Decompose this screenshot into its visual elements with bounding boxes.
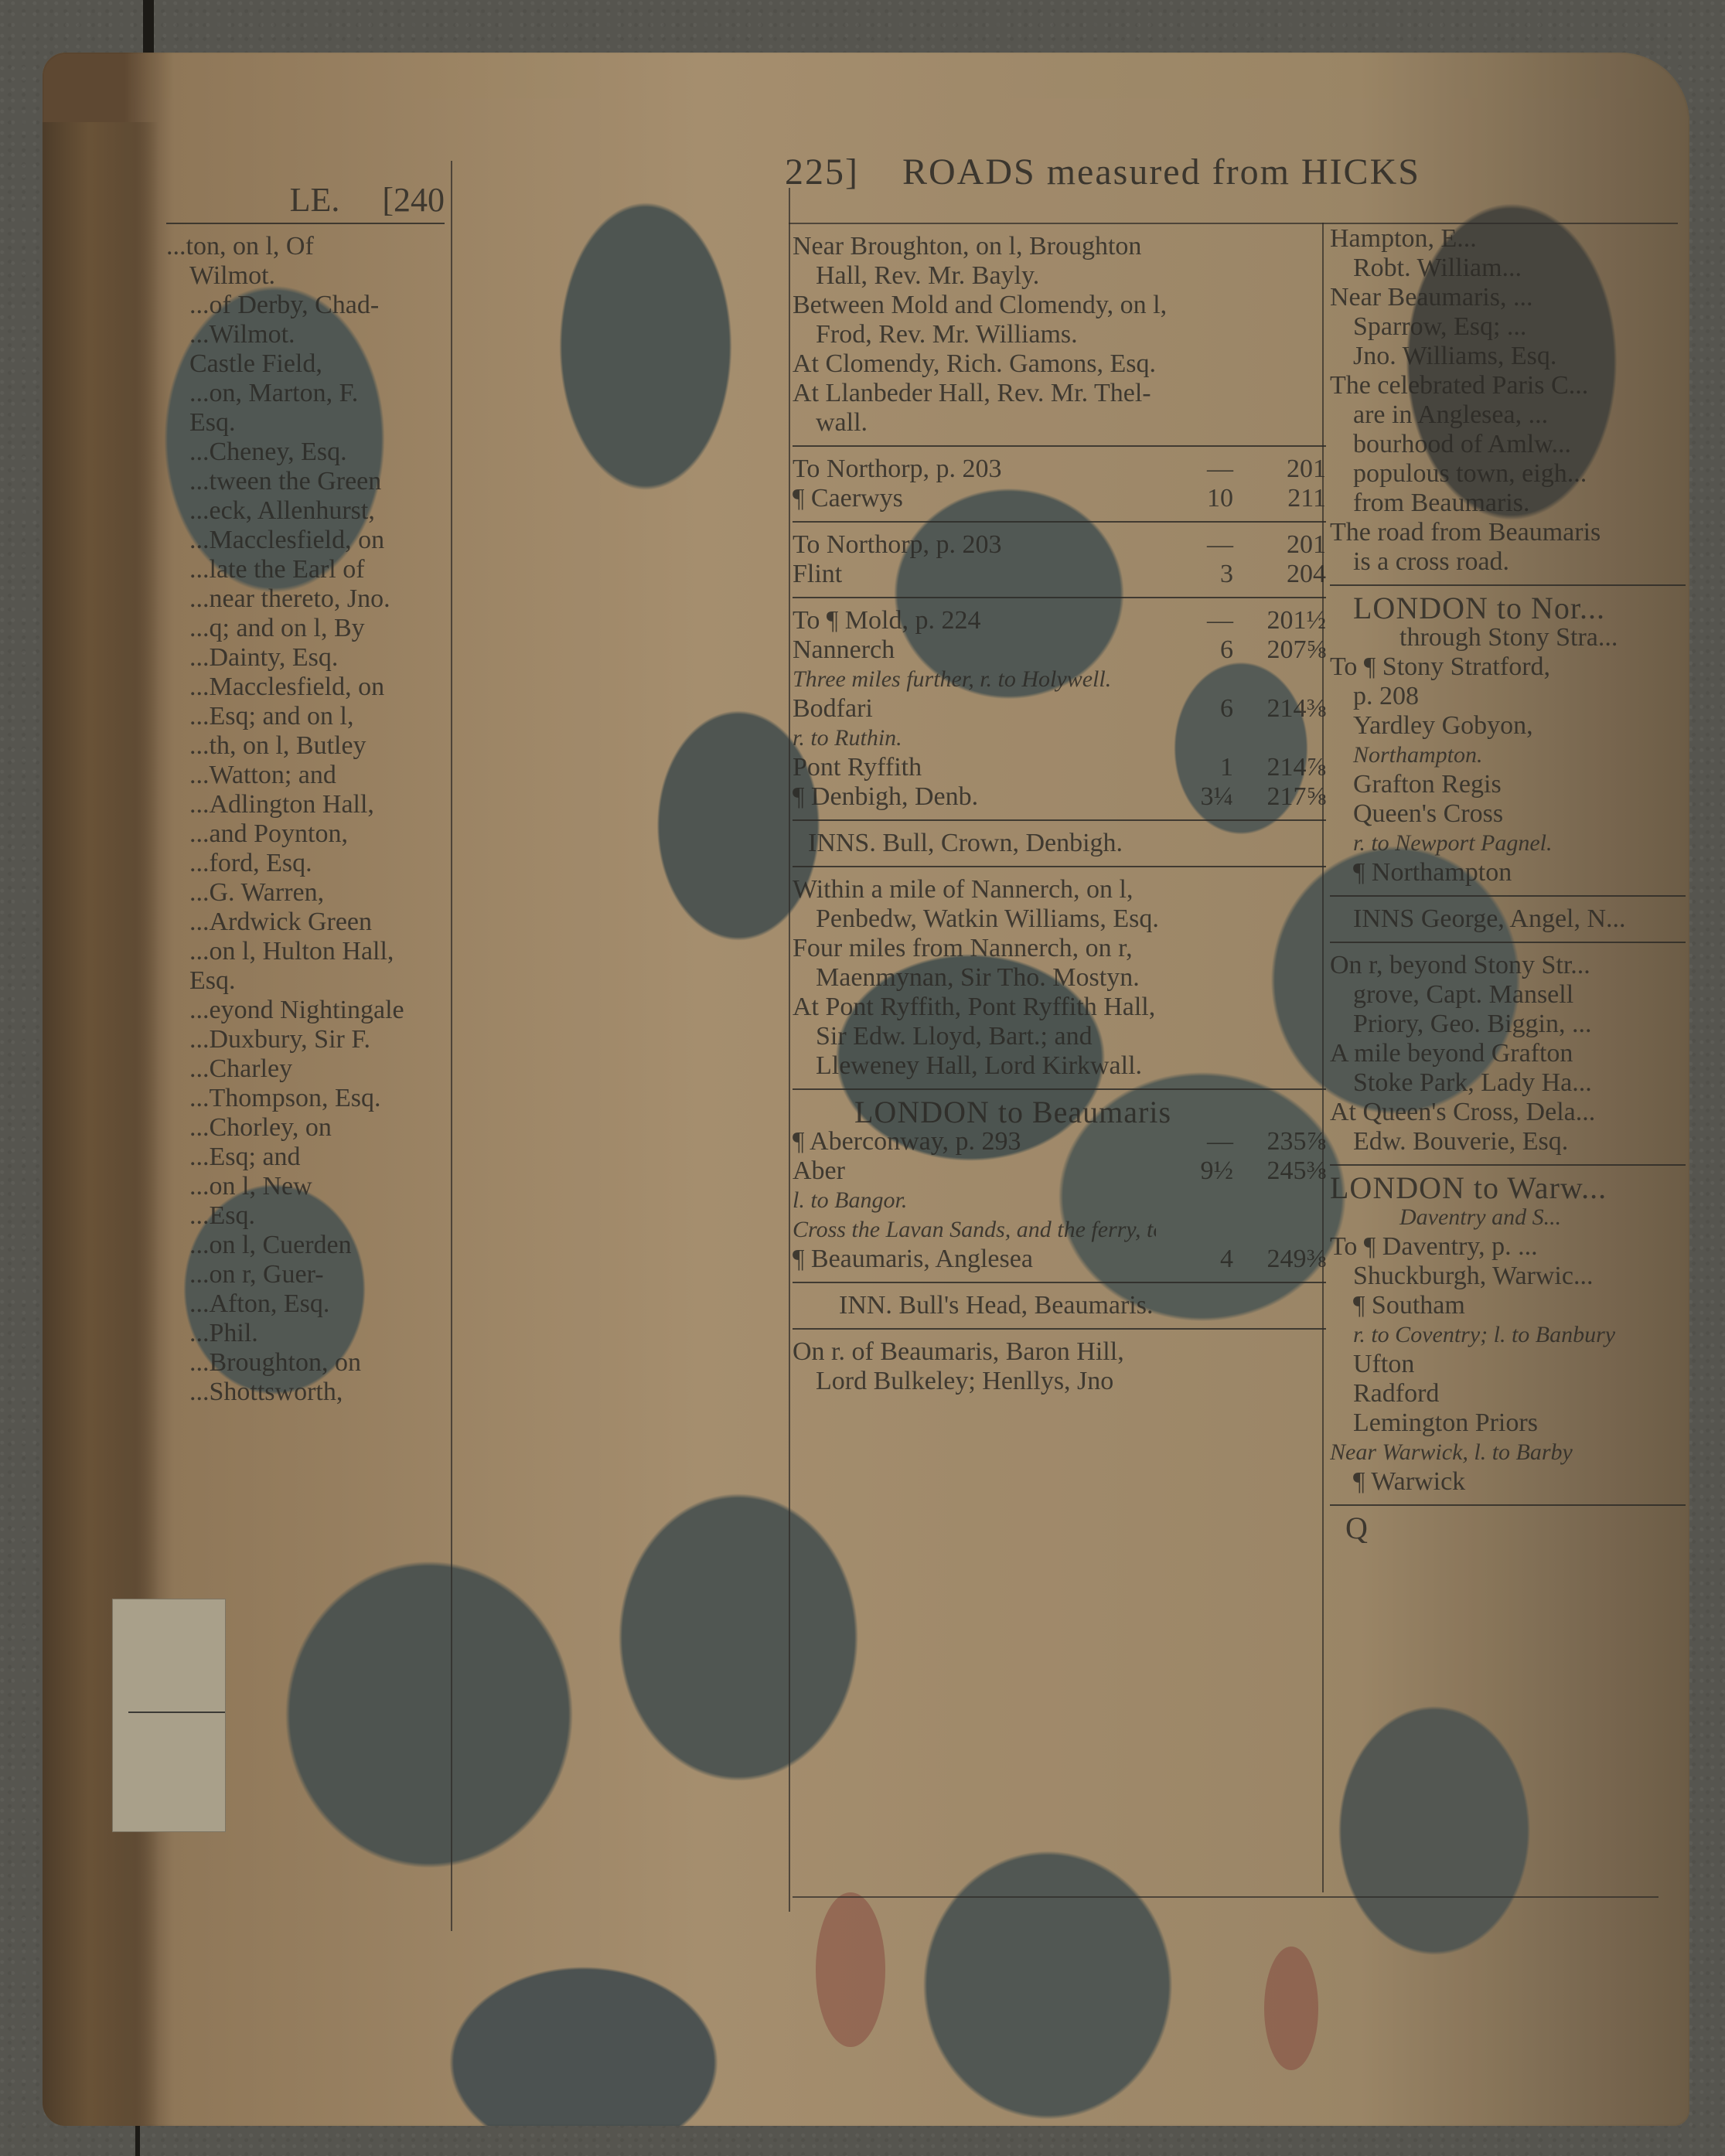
text-line: ¶ Warwick — [1330, 1467, 1686, 1497]
rule — [1330, 895, 1686, 897]
text-line: ¶ Southam — [1330, 1291, 1686, 1320]
route-heading-northampton: LONDON to Nor... — [1330, 594, 1686, 623]
text-line: ...Esq; and on l, — [166, 702, 445, 731]
text-line: ...and Poynton, — [166, 819, 445, 849]
text-line: Maenmynan, Sir Tho. Mostyn. — [793, 963, 1326, 993]
text-line: To ¶ Daventry, p. ... — [1330, 1232, 1686, 1262]
text-line: ...Broughton, on — [166, 1348, 445, 1378]
text-line: To ¶ Stony Stratford, — [1330, 652, 1686, 682]
notes-bottom: On r. of Beaumaris, Baron Hill,Lord Bulk… — [793, 1337, 1326, 1396]
cell-place: Pont Ryffith — [793, 753, 1156, 782]
cell-miles: 10 — [1156, 484, 1233, 513]
text-line: Stoke Park, Lady Ha... — [1330, 1068, 1686, 1098]
text-line: ...Macclesfield, on — [166, 526, 445, 555]
text-line: ...Watton; and — [166, 761, 445, 790]
text-line: Sir Edw. Lloyd, Bart.; and — [793, 1022, 1326, 1051]
text-line: Castle Field, — [166, 349, 445, 379]
table-row: Cross the Lavan Sands, and the ferry, to — [793, 1215, 1326, 1245]
text-line: Lord Bulkeley; Henllys, Jno — [793, 1367, 1326, 1396]
table-row: Flint3204 — [793, 560, 1326, 589]
text-line: ...Phil. — [166, 1319, 445, 1348]
cell-place: To Northorp, p. 203 — [793, 455, 1156, 484]
text-line: On r. of Beaumaris, Baron Hill, — [793, 1337, 1326, 1367]
text-line: ...Wilmot. — [166, 320, 445, 349]
text-line: ...on, Marton, F. — [166, 379, 445, 408]
text-line: are in Anglesea, ... — [1330, 400, 1686, 430]
text-line: Penbedw, Watkin Williams, Esq. — [793, 904, 1326, 934]
route-table-2: To Northorp, p. 203—201Flint3204 — [793, 530, 1326, 589]
running-head-page: 225] — [785, 152, 859, 192]
text-line: At Queen's Cross, Dela... — [1330, 1098, 1686, 1127]
inns-northampton: INNS George, Angel, N... — [1330, 904, 1686, 934]
text-line: ...Macclesfield, on — [166, 673, 445, 702]
middle-left-rule — [789, 188, 790, 1912]
text-line: ...Thompson, Esq. — [166, 1084, 445, 1113]
red-stain — [1264, 1947, 1318, 2070]
text-line: ...on l, New — [166, 1172, 445, 1201]
cell-miles: 3 — [1156, 560, 1233, 589]
notes-middle: Within a mile of Nannerch, on l,Penbedw,… — [793, 875, 1326, 1081]
cell-place: Nannerch — [793, 635, 1156, 665]
table-row: Nannerch6207⅝ — [793, 635, 1326, 665]
rule — [793, 866, 1326, 867]
text-line: grove, Capt. Mansell — [1330, 980, 1686, 1010]
rule — [1330, 584, 1686, 586]
table-row: ¶ Beaumaris, Anglesea4249⅜ — [793, 1245, 1326, 1274]
inn-beaumaris: INN. Bull's Head, Beaumaris. — [793, 1291, 1326, 1320]
text-line: ...tween the Green — [166, 467, 445, 496]
cell-place: ¶ Caerwys — [793, 484, 1156, 513]
cell-place: ¶ Beaumaris, Anglesea — [793, 1245, 1156, 1274]
cell-total: 249⅜ — [1233, 1245, 1326, 1274]
label-divider — [128, 1712, 225, 1713]
text-line: At Pont Ryffith, Pont Ryffith Hall, — [793, 993, 1326, 1022]
table-row: Aber9½245⅜ — [793, 1156, 1326, 1186]
text-line: ...on l, Cuerden — [166, 1231, 445, 1260]
text-line: Grafton Regis — [1330, 770, 1686, 799]
cell-miles: — — [1156, 606, 1233, 635]
text-line: At Llanbeder Hall, Rev. Mr. Thel- — [793, 379, 1326, 408]
table-row: ¶ Denbigh, Denb.3¼217⅝ — [793, 782, 1326, 812]
cell-miles: 4 — [1156, 1245, 1233, 1274]
text-line: At Clomendy, Rich. Gamons, Esq. — [793, 349, 1326, 379]
text-line: Hampton, E... — [1330, 224, 1686, 254]
rule — [793, 597, 1326, 598]
text-line: Within a mile of Nannerch, on l, — [793, 875, 1326, 904]
text-line: ...Shottsworth, — [166, 1378, 445, 1407]
route-heading-warwick: LONDON to Warw... — [1330, 1173, 1686, 1203]
left-page-number: [240 — [382, 186, 445, 219]
rule — [793, 1328, 1326, 1330]
text-line: The celebrated Paris C... — [1330, 371, 1686, 400]
route-subheading-northampton: through Stony Stra... — [1330, 623, 1686, 652]
text-line: Edw. Bouverie, Esq. — [1330, 1127, 1686, 1156]
route-table-3: To ¶ Mold, p. 224—201½Nannerch6207⅝Three… — [793, 606, 1326, 812]
left-lines: ...ton, on l, OfWilmot....of Derby, Chad… — [166, 232, 445, 1407]
text-line: ...ton, on l, Of — [166, 232, 445, 261]
right-text-column: Hampton, E...Robt. William...Near Beauma… — [1330, 224, 1686, 1543]
text-line: ...late the Earl of — [166, 555, 445, 584]
text-line: ...G. Warren, — [166, 878, 445, 908]
text-line: Queen's Cross — [1330, 799, 1686, 829]
text-line: A mile beyond Grafton — [1330, 1039, 1686, 1068]
running-head-title: ROADS measured from HICKS — [902, 152, 1420, 192]
left-text-column: LE. [240 ...ton, on l, OfWilmot....of De… — [166, 186, 445, 1407]
text-line: populous town, eigh... — [1330, 459, 1686, 489]
table-row: ¶ Aberconway, p. 293—235⅞ — [793, 1127, 1326, 1156]
table-row: Three miles further, r. to Holywell. — [793, 665, 1326, 694]
rule — [166, 223, 445, 224]
text-line: ...near thereto, Jno. — [166, 584, 445, 614]
route-table-1: To Northorp, p. 203—201¶ Caerwys10211 — [793, 455, 1326, 513]
text-line: r. to Newport Pagnel. — [1330, 829, 1686, 858]
text-line: ¶ Northampton — [1330, 858, 1686, 887]
text-line: Jno. Williams, Esq. — [1330, 342, 1686, 371]
text-line: Ufton — [1330, 1350, 1686, 1379]
table-row: r. to Ruthin. — [793, 724, 1326, 753]
text-line: Frod, Rev. Mr. Williams. — [793, 320, 1326, 349]
text-line: is a cross road. — [1330, 547, 1686, 577]
rule — [793, 819, 1326, 821]
text-line: ...Esq; and — [166, 1143, 445, 1172]
text-line: from Beaumaris. — [1330, 489, 1686, 518]
text-line: r. to Coventry; l. to Banbury — [1330, 1320, 1686, 1350]
text-line: The road from Beaumaris — [1330, 518, 1686, 547]
middle-text-column: Near Broughton, on l, BroughtonHall, Rev… — [793, 232, 1326, 1396]
table-row: ¶ Caerwys10211 — [793, 484, 1326, 513]
signature-mark: Q — [1330, 1514, 1686, 1543]
cell-miles: 6 — [1156, 635, 1233, 665]
cell-place: Bodfari — [793, 694, 1156, 724]
text-line: Near Warwick, l. to Barby — [1330, 1438, 1686, 1467]
text-line: Shuckburgh, Warwic... — [1330, 1262, 1686, 1291]
cell-miles: 3¼ — [1156, 782, 1233, 812]
cell-place: Flint — [793, 560, 1156, 589]
text-line: ...eck, Allenhurst, — [166, 496, 445, 526]
text-line: Sparrow, Esq; ... — [1330, 312, 1686, 342]
text-line: Near Beaumaris, ... — [1330, 283, 1686, 312]
table-row: To Northorp, p. 203—201 — [793, 455, 1326, 484]
rule — [1330, 1504, 1686, 1506]
text-line: Esq. — [166, 966, 445, 996]
cell-total: 201½ — [1233, 606, 1326, 635]
route-heading-beaumaris: LONDON to Beaumaris — [793, 1098, 1326, 1127]
text-line: Robt. William... — [1330, 254, 1686, 283]
cell-place: To ¶ Mold, p. 224 — [793, 606, 1156, 635]
table-row: To Northorp, p. 203—201 — [793, 530, 1326, 560]
notes-top: Near Broughton, on l, BroughtonHall, Rev… — [793, 232, 1326, 438]
text-line: Hall, Rev. Mr. Bayly. — [793, 261, 1326, 291]
cell-place: ¶ Aberconway, p. 293 — [793, 1127, 1156, 1156]
cell-total: 201 — [1233, 455, 1326, 484]
text-line: ...Adlington Hall, — [166, 790, 445, 819]
text-line: ...Cheney, Esq. — [166, 438, 445, 467]
text-line: ...eyond Nightingale — [166, 996, 445, 1025]
cell-total: 201 — [1233, 530, 1326, 560]
text-line: ...Charley — [166, 1054, 445, 1084]
text-line: ...on l, Hulton Hall, — [166, 937, 445, 966]
route-northampton: To ¶ Stony Stratford,p. 208Yardley Gobyo… — [1330, 652, 1686, 887]
cell-miles: 1 — [1156, 753, 1233, 782]
board-gap-top — [143, 0, 154, 58]
rule — [793, 1088, 1326, 1090]
cell-total: 211 — [1233, 484, 1326, 513]
left-header-fragment: LE. — [290, 186, 340, 219]
route-warwick: To ¶ Daventry, p. ...Shuckburgh, Warwic.… — [1330, 1232, 1686, 1497]
bottom-frame-rule — [793, 1896, 1659, 1898]
text-line: Lemington Priors — [1330, 1408, 1686, 1438]
text-line: wall. — [793, 408, 1326, 438]
cell-miles: — — [1156, 530, 1233, 560]
cell-miles: 9½ — [1156, 1156, 1233, 1186]
table-row: l. to Bangor. — [793, 1186, 1326, 1215]
cell-total: 214⅞ — [1233, 753, 1326, 782]
table-row: Bodfari6214⅜ — [793, 694, 1326, 724]
library-label — [112, 1599, 226, 1832]
cell-total: 245⅜ — [1233, 1156, 1326, 1186]
cell-miles: — — [1156, 455, 1233, 484]
text-line: ...Dainty, Esq. — [166, 643, 445, 673]
cell-place: l. to Bangor. — [793, 1186, 1156, 1215]
cell-total: 214⅜ — [1233, 694, 1326, 724]
rule — [793, 521, 1326, 523]
cell-total: 235⅞ — [1233, 1127, 1326, 1156]
table-row: To ¶ Mold, p. 224—201½ — [793, 606, 1326, 635]
rule — [1330, 1164, 1686, 1166]
text-line: On r, beyond Stony Str... — [1330, 951, 1686, 980]
text-line: Near Broughton, on l, Broughton — [793, 232, 1326, 261]
table-row: Pont Ryffith1214⅞ — [793, 753, 1326, 782]
text-line: Four miles from Nannerch, on r, — [793, 934, 1326, 963]
right-notes-middle: On r, beyond Stony Str...grove, Capt. Ma… — [1330, 951, 1686, 1156]
text-line: Northampton. — [1330, 741, 1686, 770]
right-notes-top: Hampton, E...Robt. William...Near Beauma… — [1330, 224, 1686, 577]
text-line: ...of Derby, Chad- — [166, 291, 445, 320]
cell-place: ¶ Denbigh, Denb. — [793, 782, 1156, 812]
rule — [793, 445, 1326, 447]
route-subheading-warwick: Daventry and S... — [1330, 1203, 1686, 1232]
running-head: 225] ROADS measured from HICKS — [785, 151, 1420, 193]
cell-total: 217⅝ — [1233, 782, 1326, 812]
text-line: Wilmot. — [166, 261, 445, 291]
text-line: Between Mold and Clomendy, on l, — [793, 291, 1326, 320]
cell-total: 207⅝ — [1233, 635, 1326, 665]
text-line: p. 208 — [1330, 682, 1686, 711]
text-line: ...Esq. — [166, 1201, 445, 1231]
left-column-rule — [451, 161, 452, 1931]
cell-place: Three miles further, r. to Holywell. — [793, 665, 1156, 694]
text-line: Priory, Geo. Biggin, ... — [1330, 1010, 1686, 1039]
cell-place: To Northorp, p. 203 — [793, 530, 1156, 560]
cell-place: Aber — [793, 1156, 1156, 1186]
rule — [793, 1282, 1326, 1283]
route-table-4: ¶ Aberconway, p. 293—235⅞Aber9½245⅜l. to… — [793, 1127, 1326, 1274]
text-line: Lleweney Hall, Lord Kirkwall. — [793, 1051, 1326, 1081]
text-line: ...Ardwick Green — [166, 908, 445, 937]
text-line: ...ford, Esq. — [166, 849, 445, 878]
red-stain — [816, 1892, 885, 2047]
text-line: Esq. — [166, 408, 445, 438]
text-line: ...Duxbury, Sir F. — [166, 1025, 445, 1054]
cell-miles: 6 — [1156, 694, 1233, 724]
text-line: ...q; and on l, By — [166, 614, 445, 643]
cell-total: 204 — [1233, 560, 1326, 589]
cell-miles: — — [1156, 1127, 1233, 1156]
rule — [1330, 942, 1686, 943]
inns-denbigh: INNS. Bull, Crown, Denbigh. — [793, 829, 1326, 858]
text-line: ...Afton, Esq. — [166, 1289, 445, 1319]
text-line: bourhood of Amlw... — [1330, 430, 1686, 459]
cell-place: Cross the Lavan Sands, and the ferry, to — [793, 1215, 1156, 1245]
text-line: Radford — [1330, 1379, 1686, 1408]
text-line: ...th, on l, Butley — [166, 731, 445, 761]
text-line: Yardley Gobyon, — [1330, 711, 1686, 741]
text-line: ...on r, Guer- — [166, 1260, 445, 1289]
text-line: ...Chorley, on — [166, 1113, 445, 1143]
cell-place: r. to Ruthin. — [793, 724, 1156, 753]
